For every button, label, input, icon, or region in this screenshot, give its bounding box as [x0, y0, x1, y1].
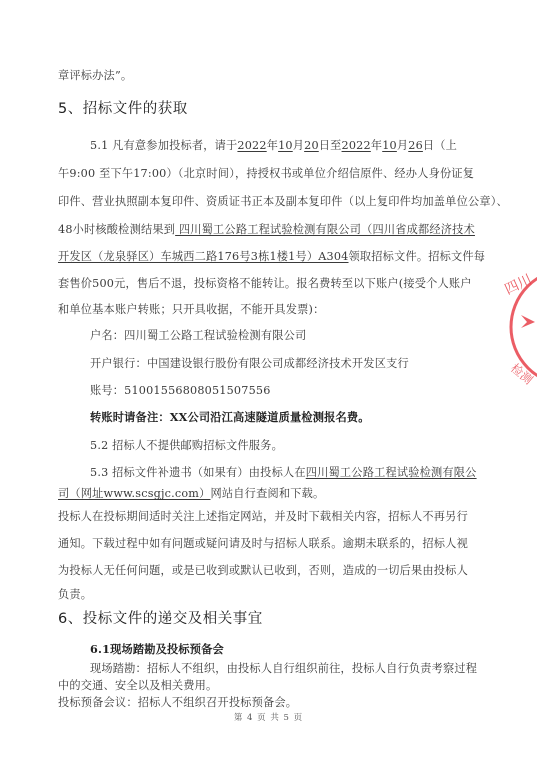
para-5-3-line-4: 通知。下载过程中如有问题或疑问请及时与招标人联系。逾期未联系的，招标人视: [58, 535, 468, 551]
svg-text:检测: 检测: [508, 360, 536, 387]
text: 领取招标文件。招标文件每: [349, 250, 486, 263]
para-5-1-line-6: 套售价500元，售后不退，投标资格不能转让。报名费转至以下账户(接受个人账户: [58, 275, 472, 291]
intro-tail: 章评标办法”。: [58, 67, 132, 83]
para-5-1-line-1: 5.1 凡有意参加投标者，请于2022年10月20日至2022年10月26日（上: [90, 137, 457, 153]
start-year: 2022: [237, 139, 266, 152]
para-5-3-line-5: 为投标人无任何问题，或是已收到或默认已收到，否则，造成的一切后果由投标人: [58, 562, 468, 578]
site-visit-line-1: 现场踏勘：招标人不组织，由投标人自行组织前往，投标人自行负责考察过程: [90, 660, 477, 676]
pre-bid-meeting: 投标预备会议：招标人不组织召开投标预备会。: [58, 694, 297, 710]
account-name: 户名：四川蜀工公路工程试验检测有限公司: [90, 327, 306, 343]
company-seal-icon: 四川 检测: [503, 262, 537, 392]
para-5-3-line-6: 负责。: [58, 586, 92, 602]
text: 年: [371, 139, 382, 152]
subsection-6-1-title: 6.1现场踏勘及投标预备会: [90, 641, 224, 657]
text: 48小时核酸检测结果到: [58, 223, 175, 236]
text: 月: [397, 139, 408, 152]
section-6-title: 6、投标文件的递交及相关事宜: [58, 607, 263, 628]
account-number: 账号：51001556808051507556: [90, 382, 271, 398]
text: 网站自行查阅和下载。: [211, 487, 325, 500]
text: 年: [267, 139, 278, 152]
para-5-1-line-4: 48小时核酸检测结果到 四川蜀工公路工程试验检测有限公司（四川省成都经济技术: [58, 221, 475, 237]
text: 5.1 凡有意参加投标者，请于: [90, 139, 237, 152]
para-5-1-line-7: 和单位基本账户转账；只开具收据，不能开具发票)：: [58, 301, 324, 317]
end-month: 10: [382, 139, 397, 152]
para-5-1-line-5: 开发区（龙泉驿区）车城西二路176号3栋1楼1号）A304领取招标文件。招标文件…: [58, 248, 485, 264]
section-5-title: 5、招标文件的获取: [58, 97, 188, 118]
start-month: 10: [278, 139, 293, 152]
transfer-remark: 转账时请备注：XX公司沿江高速隧道质量检测报名费。: [90, 409, 370, 425]
site-visit-line-2: 中的交通、安全以及相关费用。: [58, 677, 217, 693]
account-bank: 开户银行：中国建设银行股份有限公司成都经济技术开发区支行: [90, 355, 409, 371]
website-link[interactable]: 司（网址www.scsgjc.com）: [58, 487, 211, 500]
para-5-3-line-3: 投标人在投标期间适时关注上述指定网站，并及时下载相关内容，招标人不再另行: [58, 508, 468, 524]
end-day: 26: [408, 139, 423, 152]
company-address: 四川蜀工公路工程试验检测有限公司（四川省成都经济技术: [175, 223, 475, 236]
para-5-1-line-2: 午9:00 至下午17:00）（北京时间），持授权书或单位介绍信原件、经办人身份…: [58, 165, 474, 181]
text: 日至: [319, 139, 342, 152]
page-number: 第 4 页 共 5 页: [0, 711, 537, 723]
company-address: 开发区（龙泉驿区）车城西二路176号3栋1楼1号）A304: [58, 250, 349, 263]
text: 月: [293, 139, 304, 152]
text: 5.3 招标文件补遗书（如果有）由投标人在: [90, 466, 306, 479]
para-5-2: 5.2 招标人不提供邮购招标文件服务。: [90, 437, 283, 453]
start-day: 20: [304, 139, 319, 152]
document-page: 章评标办法”。 5、招标文件的获取 5.1 凡有意参加投标者，请于2022年10…: [0, 0, 537, 759]
para-5-1-line-3: 印件、营业执照副本复印件、资质证书正本及副本复印件（以上复印件均加盖单位公章）、: [58, 193, 508, 209]
para-5-3-line-1: 5.3 招标文件补遗书（如果有）由投标人在四川蜀工公路工程试验检测有限公: [90, 464, 477, 480]
end-year: 2022: [342, 139, 371, 152]
company-link[interactable]: 四川蜀工公路工程试验检测有限公: [306, 466, 477, 479]
para-5-3-line-2: 司（网址www.scsgjc.com）网站自行查阅和下载。: [58, 485, 324, 501]
svg-text:四川: 四川: [503, 272, 535, 298]
text: 日（上: [423, 139, 457, 152]
